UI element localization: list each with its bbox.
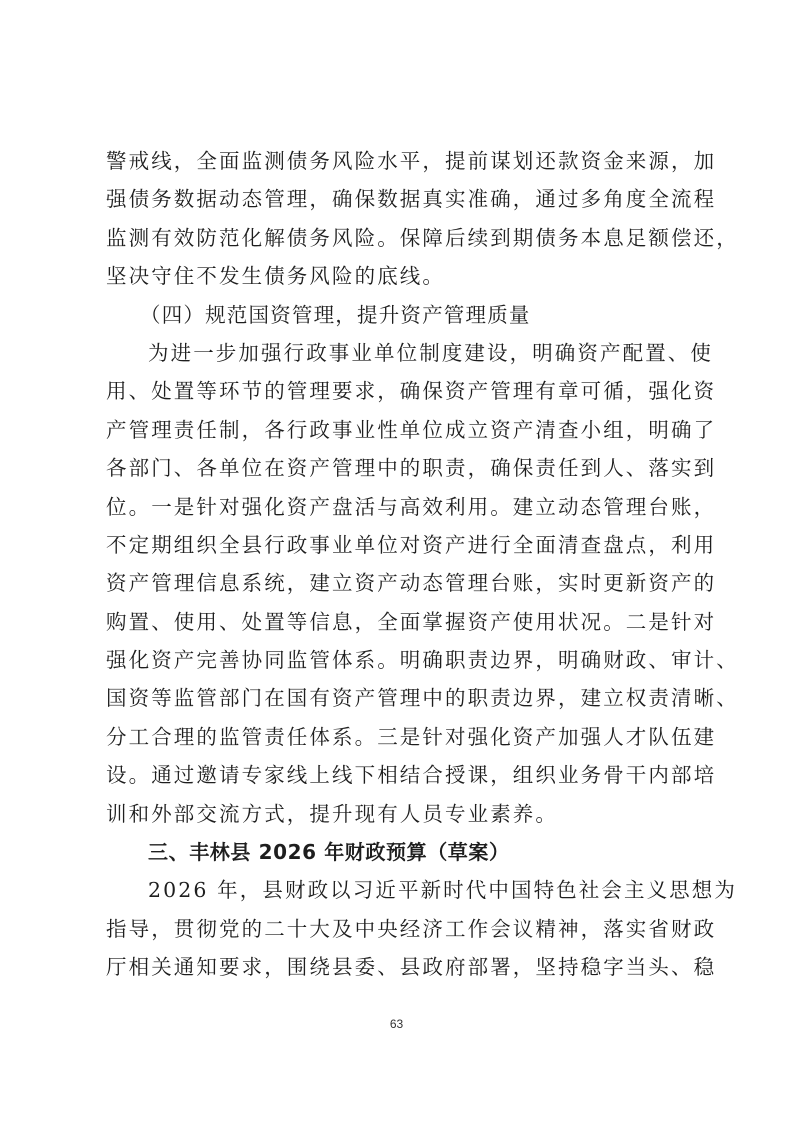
paragraph-line: 不定期组织全县行政事业单位对资产进行全面清查盘点，利用 [106,526,684,564]
paragraph-line: 国资等监管部门在国有资产管理中的职责边界，建立权责清晰、 [106,679,684,717]
paragraph-line: 强债务数据动态管理，确保数据真实准确，通过多角度全流程 [106,180,684,218]
paragraph-line: 位。一是针对强化资产盘活与高效利用。建立动态管理台账， [106,488,684,526]
paragraph-line: 购置、使用、处置等信息，全面掌握资产使用状况。二是针对 [106,603,684,641]
paragraph-line: 2026 年，县财政以习近平新时代中国特色社会主义思想为 [106,871,684,909]
paragraph-line: 厅相关通知要求，围绕县委、县政府部署，坚持稳字当头、稳 [106,948,684,986]
paragraph-line: 为进一步加强行政事业单位制度建设，明确资产配置、使 [106,334,684,372]
paragraph-line: 分工合理的监管责任体系。三是针对强化资产加强人才队伍建 [106,718,684,756]
paragraph-line: 强化资产完善协同监管体系。明确职责边界，明确财政、审计、 [106,641,684,679]
paragraph-line: 各部门、各单位在资产管理中的职责，确保责任到人、落实到 [106,449,684,487]
section-three-heading: 三、丰林县 2026 年财政预算（草案） [106,833,684,871]
paragraph-line: 训和外部交流方式，提升现有人员专业素养。 [106,795,684,833]
paragraph-line: 警戒线，全面监测债务风险水平，提前谋划还款资金来源，加 [106,142,684,180]
paragraph-line: 坚决守住不发生债务风险的底线。 [106,257,684,295]
paragraph-line: 指导，贯彻党的二十大及中央经济工作会议精神，落实省财政 [106,910,684,948]
paragraph-line: 资产管理信息系统，建立资产动态管理台账，实时更新资产的 [106,564,684,602]
document-body: 警戒线，全面监测债务风险水平，提前谋划还款资金来源，加 强债务数据动态管理，确保… [106,142,684,987]
page-number: 63 [0,1017,793,1031]
paragraph-line: 用、处置等环节的管理要求，确保资产管理有章可循，强化资 [106,372,684,410]
paragraph-line: 设。通过邀请专家线上线下相结合授课，组织业务骨干内部培 [106,756,684,794]
paragraph-line: 产管理责任制，各行政事业性单位成立资产清查小组，明确了 [106,411,684,449]
paragraph-line: 监测有效防范化解债务风险。保障后续到期债务本息足额偿还， [106,219,684,257]
section-four-heading: （四）规范国资管理，提升资产管理质量 [106,296,684,334]
